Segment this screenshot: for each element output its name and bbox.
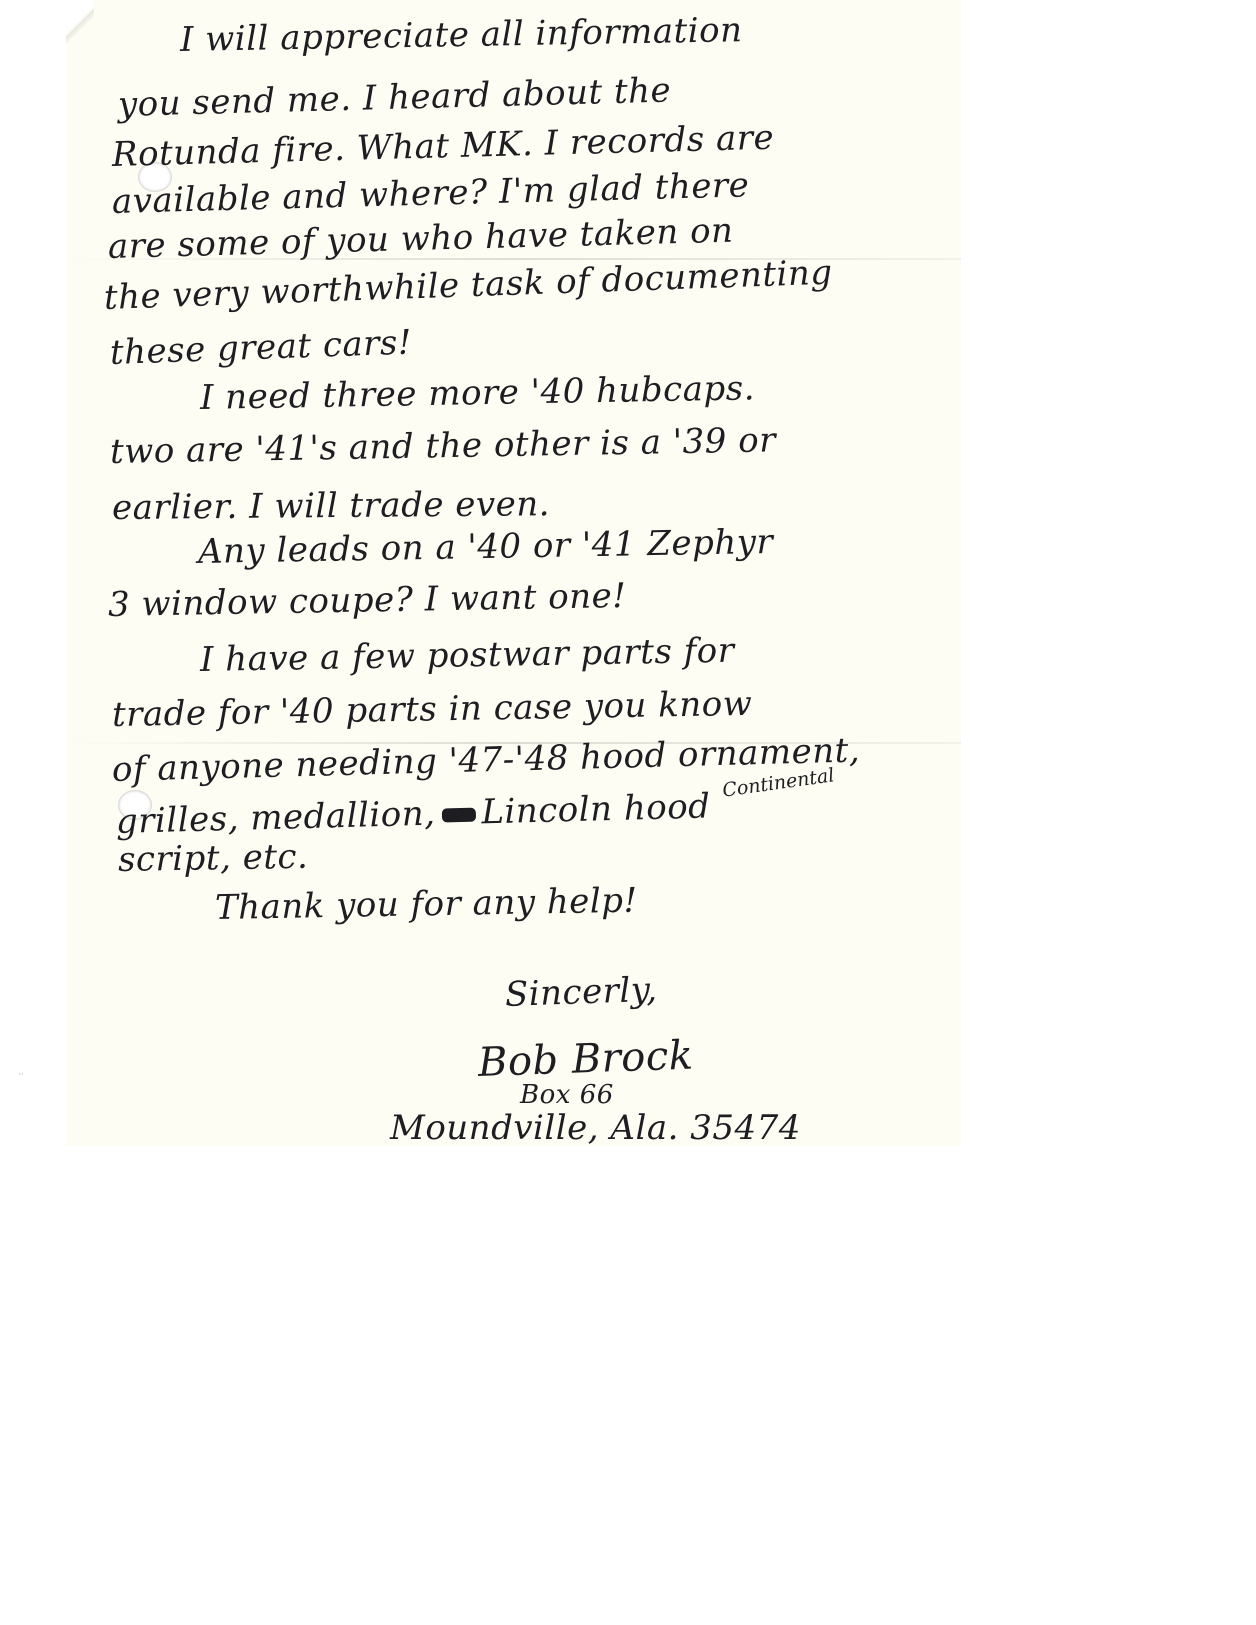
letter-text: grilles, medallion,	[115, 794, 435, 842]
closing: Sincerly,	[504, 970, 658, 1015]
signature: Bob Brock	[477, 1032, 694, 1085]
address-line-1: Box 66	[520, 1080, 614, 1110]
address-line-2: Moundville, Ala. 35474	[390, 1108, 801, 1148]
struck-out-word	[441, 808, 475, 823]
letter-line: earlier. I will trade even.	[112, 484, 550, 528]
letter-line: script, etc.	[118, 837, 309, 880]
letter-text: Lincoln hood	[481, 786, 711, 832]
scan-artifact: ᐧᐧ	[18, 1068, 24, 1081]
letter-line: Thank you for any help!	[215, 881, 638, 928]
torn-corner	[66, 0, 94, 48]
